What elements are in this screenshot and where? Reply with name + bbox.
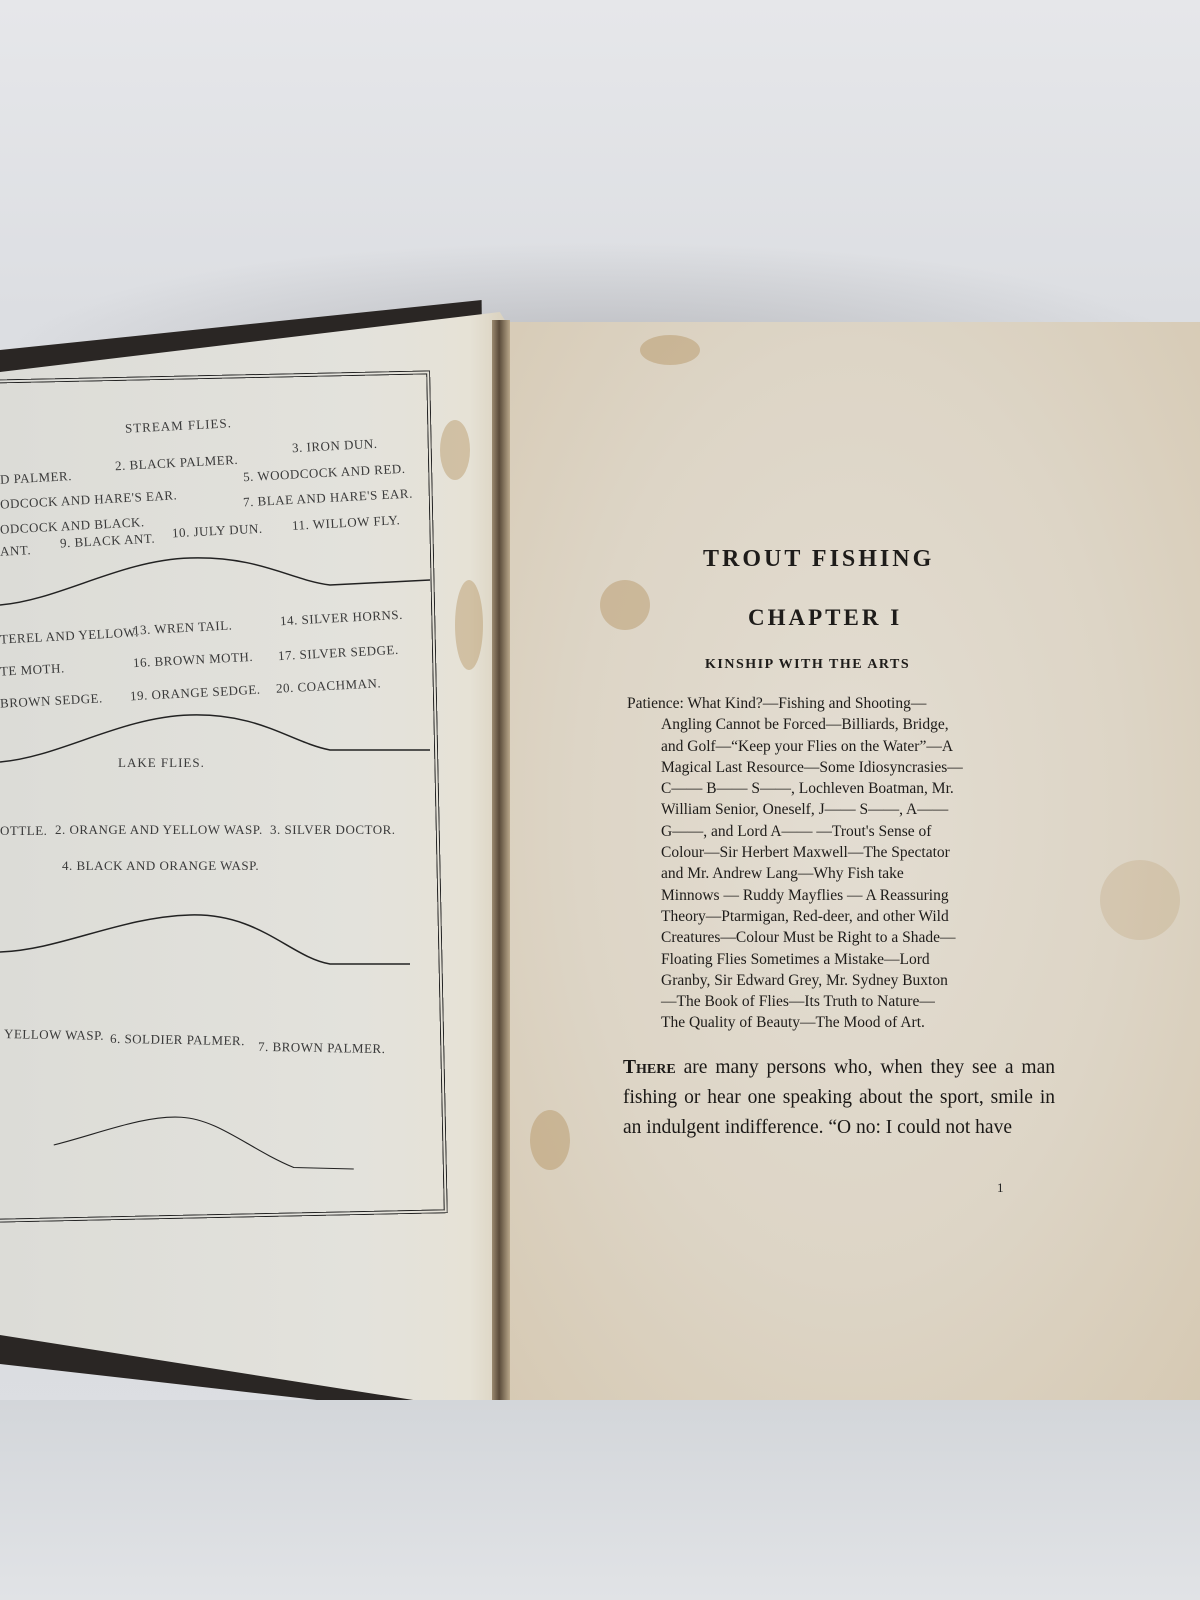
divider-wave (0, 712, 430, 772)
page-number: 1 (997, 1180, 1004, 1196)
summary-line: Theory—Ptarmigan, Red-deer, and other Wi… (627, 906, 1045, 927)
chapter-heading: CHAPTER I (748, 605, 902, 631)
summary-line: Floating Flies Sometimes a Mistake—Lord (627, 949, 1045, 970)
divider-wave (0, 912, 430, 972)
fly-label: 2. ORANGE AND YELLOW WASP. (55, 822, 263, 838)
summary-line: The Quality of Beauty—The Mood of Art. (627, 1012, 1045, 1033)
summary-line: Minnows — Ruddy Mayflies — A Reassuring (627, 885, 1045, 906)
fly-label: YELLOW WASP. (4, 1026, 104, 1044)
divider-wave (0, 1115, 430, 1175)
chapter-summary: Patience: What Kind?—Fishing and Shootin… (627, 693, 1045, 1034)
fly-label: 6. SOLDIER PALMER. (110, 1031, 245, 1049)
summary-line: Creatures—Colour Must be Right to a Shad… (627, 927, 1045, 948)
summary-line: Granby, Sir Edward Grey, Mr. Sydney Buxt… (627, 970, 1045, 991)
book-title: TROUT FISHING (243, 546, 934, 573)
foxing-stain (530, 1110, 570, 1170)
summary-line: William Senior, Oneself, J—— S——, A—— (627, 799, 1045, 820)
lake-flies-title: LAKE FLIES. (118, 755, 205, 771)
foxing-stain (1100, 860, 1180, 940)
summary-line: Magical Last Resource—Some Idiosyncrasie… (627, 757, 1045, 778)
summary-line: C—— B—— S——, Lochleven Boatman, Mr. (627, 778, 1045, 799)
fly-label: OTTLE. (0, 823, 47, 839)
summary-line: —The Book of Flies—Its Truth to Nature— (627, 991, 1045, 1012)
chapter-body-text: There are many persons who, when they se… (623, 1053, 1055, 1143)
body-paragraph: are many persons who, when they see a ma… (623, 1057, 1055, 1138)
fly-label: 7. BROWN PALMER. (258, 1039, 386, 1057)
fly-label: TE MOTH. (0, 660, 65, 679)
chapter-title: KINSHIP WITH THE ARTS (705, 657, 910, 673)
summary-line: and Golf—“Keep your Flies on the Water”—… (627, 736, 1045, 757)
foxing-stain (640, 335, 700, 365)
foxing-stain (455, 580, 483, 670)
summary-line: Colour—Sir Herbert Maxwell—The Spectator (627, 842, 1045, 863)
opening-word: There (623, 1057, 676, 1078)
summary-line: G——, and Lord A—— —Trout's Sense of (627, 821, 1045, 842)
fly-label: 4. BLACK AND ORANGE WASP. (62, 858, 259, 874)
summary-line: and Mr. Andrew Lang—Why Fish take (627, 863, 1045, 884)
table-surface (0, 1400, 1200, 1600)
fly-label: 3. SILVER DOCTOR. (270, 822, 396, 838)
book-spine-gutter (492, 320, 510, 1410)
summary-line: Angling Cannot be Forced—Billiards, Brid… (627, 714, 1045, 735)
foxing-stain (440, 420, 470, 480)
summary-line: Patience: What Kind?—Fishing and Shootin… (627, 693, 1045, 714)
foxing-stain (600, 580, 650, 630)
